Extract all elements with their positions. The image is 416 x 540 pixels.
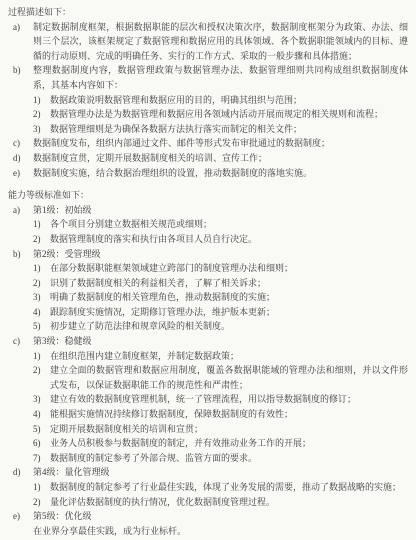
level-2-heading: b) 第2级：受管理级 [8, 247, 408, 262]
level-3-item-5: 5) 定期开展数据制度相关的培训和宣贯； [8, 422, 408, 437]
item-label: b) [13, 247, 33, 262]
item-text: 第4级：量化管理级 [33, 465, 408, 480]
level-3-item-1: 1) 在组织范围内建立制度框架，并制定数据政策； [8, 349, 408, 364]
level-2-item-3: 3) 明确了数据制度的相关管理角色，推动数据制度的实施； [8, 290, 408, 305]
sub-item-text: 跟踪制度实施情况，定期修订管理办法，维护版本更新； [50, 305, 408, 320]
sub-item-text: 建立有效的数据制度管理机制，统一了管理流程，用以指导数据制度的修订； [50, 392, 408, 407]
sub-item-label: 1) [33, 217, 50, 232]
item-label: c) [13, 334, 33, 349]
document-page: 过程描述如下： a) 制定数据制度框架，根据数据职能的层次和授权决策次序，数据制… [0, 0, 416, 540]
sub-item-label: 3) [33, 392, 50, 407]
level-3-item-4: 4) 能根据实施情况持续修订数据制度，保障数据制度的有效性； [8, 407, 408, 422]
sub-item-text: 能根据实施情况持续修订数据制度，保障数据制度的有效性； [50, 407, 408, 422]
sub-item-label: 1) [33, 261, 50, 276]
item-label: d) [13, 151, 33, 166]
level-2-item-1: 1) 在部分数据职能框架领域建立跨部门的制度管理办法和细则； [8, 261, 408, 276]
level-2-item-2: 2) 识别了数据制度相关的利益相关者，了解了相关诉求； [8, 276, 408, 291]
sub-item-text: 数据管理细则是为确保各数据方法执行落实而制定的相关文件； [50, 122, 408, 137]
sub-item-text: 识别了数据制度相关的利益相关者，了解了相关诉求； [50, 276, 408, 291]
item-label: a) [13, 20, 33, 64]
sub-item-text: 各个项目分别建立数据相关规范或细则； [50, 217, 408, 232]
item-text: 整理数据制度内容，数据管理政策与数据管理办法、数据管理细则共同构成组织数据制度体… [33, 63, 408, 92]
level-1-item-2: 2) 数据管理制度的落实和执行由各项目人员自行决定。 [8, 232, 408, 247]
sub-item-label: 3) [33, 290, 50, 305]
level-4-item-1: 1) 数据制度的制定参考了行业最佳实践，体现了业务发展的需要，推动了数据战略的实… [8, 480, 408, 495]
sub-item-text: 定期开展数据制度相关的培训和宣贯； [50, 422, 408, 437]
sub-item-text: 数据制度的制定参考了外部合规、监管方面的要求。 [50, 451, 408, 466]
item-label: e) [13, 166, 33, 181]
list-item-e: e) 数据制度实施，结合数据治理组织的设置，推动数据制度的落地实施。 [8, 166, 408, 181]
sub-item-label: 2) [33, 232, 50, 247]
section-intro: 能力等级标准如下： [8, 188, 408, 203]
sub-item-text: 业务人员积极参与数据制度的制定，并有效推动业务工作的开展； [50, 436, 408, 451]
sub-item-label: 4) [33, 407, 50, 422]
level-1-item-1: 1) 各个项目分别建立数据相关规范或细则； [8, 217, 408, 232]
process-description-section: 过程描述如下： a) 制定数据制度框架，根据数据职能的层次和授权决策次序，数据制… [8, 5, 408, 180]
sub-item-text: 在组织范围内建立制度框架，并制定数据政策； [50, 349, 408, 364]
level-3-item-7: 7) 数据制度的制定参考了外部合规、监管方面的要求。 [8, 451, 408, 466]
sub-item-b3: 3) 数据管理细则是为确保各数据方法执行落实而制定的相关文件； [8, 122, 408, 137]
level-5-note: 在业界分享最佳实践，成为行业标杆。 [8, 524, 408, 539]
item-label: c) [13, 136, 33, 151]
sub-item-b2: 2) 数据管理办法是为数据管理和数据应用各领域内活动开展而规定的相关规则和流程； [8, 107, 408, 122]
level-2-item-5: 5) 初步建立了防范法律和规章风险的相关制度。 [8, 319, 408, 334]
list-item-d: d) 数据制度宣贯，定期开展数据制度相关的培训、宣传工作； [8, 151, 408, 166]
sub-item-text: 在部分数据职能框架领域建立跨部门的制度管理办法和细则； [50, 261, 408, 276]
level-3-heading: c) 第3级：稳健级 [8, 334, 408, 349]
item-label: a) [13, 203, 33, 218]
list-item-b: b) 整理数据制度内容，数据管理政策与数据管理办法、数据管理细则共同构成组织数据… [8, 63, 408, 92]
level-4-item-2: 2) 量化评估数据制度的执行情况，优化数据制度管理过程。 [8, 495, 408, 510]
sub-item-label: 4) [33, 305, 50, 320]
sub-item-label: 1) [33, 349, 50, 364]
sub-item-label: 1) [33, 480, 50, 495]
item-text: 第5级：优化级 [33, 509, 408, 524]
level-1-heading: a) 第1级：初始级 [8, 203, 408, 218]
sub-item-label: 2) [33, 276, 50, 291]
item-text: 制定数据制度框架，根据数据职能的层次和授权决策次序，数据制度框架分为政策、办法、… [33, 20, 408, 64]
item-text: 第2级：受管理级 [33, 247, 408, 262]
level-2-item-4: 4) 跟踪制度实施情况，定期修订管理办法，维护版本更新； [8, 305, 408, 320]
sub-item-label: 2) [33, 495, 50, 510]
section-intro: 过程描述如下： [8, 5, 408, 20]
sub-item-label: 2) [33, 363, 50, 392]
sub-item-label: 5) [33, 422, 50, 437]
capability-levels-section: 能力等级标准如下： a) 第1级：初始级 1) 各个项目分别建立数据相关规范或细… [8, 188, 408, 538]
level-5-heading: e) 第5级：优化级 [8, 509, 408, 524]
item-label: d) [13, 465, 33, 480]
item-text: 第3级：稳健级 [33, 334, 408, 349]
level-3-item-3: 3) 建立有效的数据制度管理机制，统一了管理流程，用以指导数据制度的修订； [8, 392, 408, 407]
sub-item-text: 数据管理办法是为数据管理和数据应用各领域内活动开展而规定的相关规则和流程； [50, 107, 408, 122]
sub-item-label: 6) [33, 436, 50, 451]
item-text: 数据制度发布，组织内部通过文件、邮件等形式发布审批通过的数据制度； [33, 136, 408, 151]
sub-item-text: 数据制度的制定参考了行业最佳实践，体现了业务发展的需要，推动了数据战略的实施； [50, 480, 408, 495]
level-3-item-2: 2) 建立全面的数据管理和数据应用制度，覆盖各数据职能域的管理办法和细则，并以文… [8, 363, 408, 392]
sub-item-label: 7) [33, 451, 50, 466]
sub-item-label: 5) [33, 319, 50, 334]
list-item-a: a) 制定数据制度框架，根据数据职能的层次和授权决策次序，数据制度框架分为政策、… [8, 20, 408, 64]
sub-item-text: 建立全面的数据管理和数据应用制度，覆盖各数据职能域的管理办法和细则，并以文件形式… [50, 363, 408, 392]
sub-item-text: 初步建立了防范法律和规章风险的相关制度。 [50, 319, 408, 334]
sub-item-text: 量化评估数据制度的执行情况，优化数据制度管理过程。 [50, 495, 408, 510]
sub-item-label: 2) [33, 107, 50, 122]
sub-item-text: 数据管理制度的落实和执行由各项目人员自行决定。 [50, 232, 408, 247]
item-label: b) [13, 63, 33, 92]
item-text: 第1级：初始级 [33, 203, 408, 218]
item-label: e) [13, 509, 33, 524]
sub-item-label: 3) [33, 122, 50, 137]
sub-item-text: 数据政策说明数据管理和数据应用的目的，明确其组织与范围； [50, 93, 408, 108]
sub-item-b1: 1) 数据政策说明数据管理和数据应用的目的，明确其组织与范围； [8, 93, 408, 108]
item-text: 数据制度实施，结合数据治理组织的设置，推动数据制度的落地实施。 [33, 166, 408, 181]
sub-item-text: 明确了数据制度的相关管理角色，推动数据制度的实施； [50, 290, 408, 305]
item-text: 数据制度宣贯，定期开展数据制度相关的培训、宣传工作； [33, 151, 408, 166]
sub-item-label: 1) [33, 93, 50, 108]
list-item-c: c) 数据制度发布，组织内部通过文件、邮件等形式发布审批通过的数据制度； [8, 136, 408, 151]
level-4-heading: d) 第4级：量化管理级 [8, 465, 408, 480]
level-3-item-6: 6) 业务人员积极参与数据制度的制定，并有效推动业务工作的开展； [8, 436, 408, 451]
